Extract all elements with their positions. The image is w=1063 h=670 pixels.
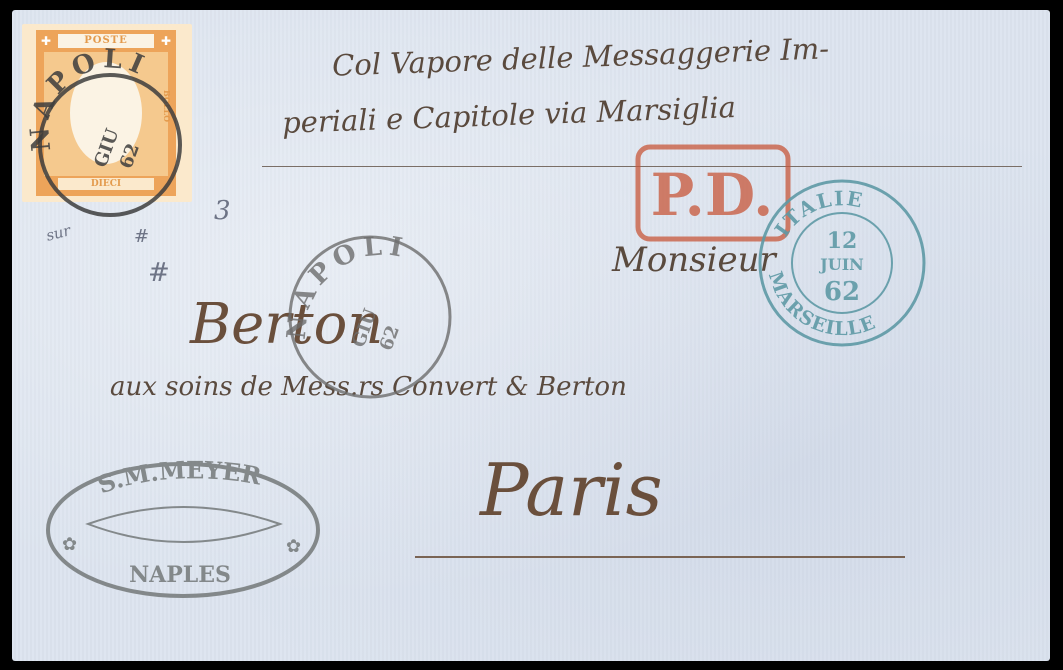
stamp-side-label: BOLLO <box>160 90 172 140</box>
ruled-line <box>262 166 1022 167</box>
addressee-name: Berton <box>190 292 383 357</box>
stamp-bottom-label: DIECI <box>58 178 154 190</box>
pencil-note: # <box>134 226 149 247</box>
stamp-frame <box>44 52 168 176</box>
stamp-design: POSTE ✚ ✚ BOLLO DIECI <box>36 30 176 196</box>
postage-stamp: POSTE ✚ ✚ BOLLO DIECI <box>22 24 192 202</box>
cross-icon: ✚ <box>40 35 52 47</box>
pencil-note: 3 <box>214 196 231 226</box>
care-of-line: aux soins de Mess.rs Convert & Berton <box>110 372 627 402</box>
stamp-top-label: POSTE <box>58 34 154 48</box>
cross-icon: ✚ <box>160 35 172 47</box>
pencil-note: # <box>148 258 170 288</box>
destination-city: Paris <box>480 448 663 532</box>
destination-underline <box>415 556 905 558</box>
stamp-portrait-oval <box>70 62 142 164</box>
salutation: Monsieur <box>612 240 776 280</box>
